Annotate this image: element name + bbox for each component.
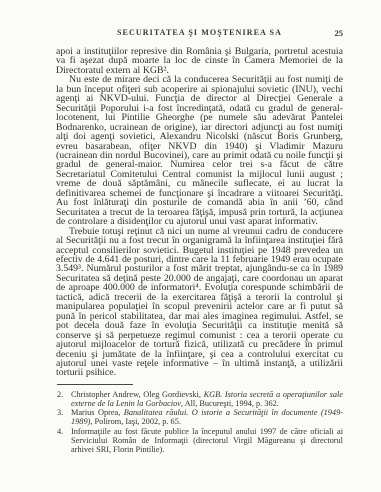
footnote: 3. Marius Oprea, Banalitatea răului. O i… <box>56 408 343 426</box>
footnote: 2. Christopher Andrew, Oleg Gordievski, … <box>56 390 343 408</box>
footnote-text-post: , Polirom, Iaşi, 2002, p. 65. <box>90 417 181 426</box>
page-header: SECURITATEA ŞI MOŞTENIREA SA 25 <box>56 28 343 39</box>
footnotes: 2. Christopher Andrew, Oleg Gordievski, … <box>56 390 343 454</box>
footnote-number: 2. <box>57 390 63 399</box>
footnote: 4. Informaţiile au fost făcute publice l… <box>56 427 343 455</box>
book-page: SECURITATEA ŞI MOŞTENIREA SA 25 apoi a i… <box>0 0 381 492</box>
footnote-text: Informaţiile au fost făcute publice la î… <box>71 427 343 454</box>
footnote-number: 3. <box>57 408 63 417</box>
footnote-text: Christopher Andrew, Oleg Gordievski, KGB… <box>71 390 343 408</box>
footnote-text-post: , All, Bucureşti, 1994, p. 362. <box>181 399 279 408</box>
paragraph: Trebuie totuşi reţinut că nici un nume a… <box>56 227 343 378</box>
footnote-text: Marius Oprea, Banalitatea răului. O isto… <box>71 408 343 426</box>
running-title: SECURITATEA ŞI MOŞTENIREA SA <box>56 28 343 37</box>
footnote-text-pre: Marius Oprea, <box>71 408 124 417</box>
paragraph-continuation: apoi a instituţiilor represive din Român… <box>56 47 343 75</box>
footnote-text-pre: Christopher Andrew, Oleg Gordievski, <box>71 390 204 399</box>
paragraph: Nu este de mirare deci că la conducerea … <box>56 75 343 226</box>
page-number: 25 <box>335 28 344 38</box>
footnote-text-pre: Informaţiile au fost făcute publice la î… <box>71 427 343 454</box>
footnote-separator <box>57 384 133 385</box>
body-text: apoi a instituţiilor represive din Român… <box>56 47 343 378</box>
footnote-number: 4. <box>57 427 63 436</box>
